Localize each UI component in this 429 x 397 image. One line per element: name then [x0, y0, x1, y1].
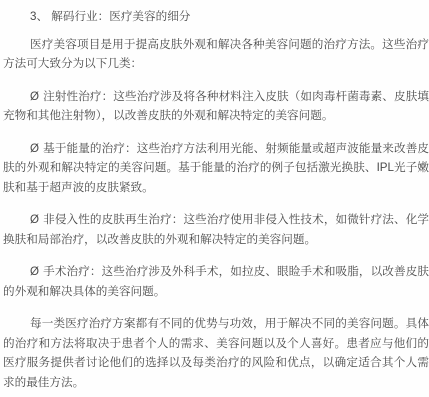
bullet-text: 手术治疗：这些治疗涉及外科手术，如拉皮、眼睑手术和吸脂，以改善皮肤的外观和解决具…	[3, 265, 429, 298]
bullet-marker: Ø	[30, 265, 39, 278]
bullet-item: Ø非侵入性的皮肤再生治疗：这些治疗使用非侵入性技术，如微针疗法、化学换肤和局部治…	[3, 210, 429, 249]
section-heading: 3、 解码行业：医疗美容的细分	[3, 7, 429, 27]
bullet-marker: Ø	[30, 142, 39, 155]
bullet-item: Ø手术治疗：这些治疗涉及外科手术，如拉皮、眼睑手术和吸脂，以改善皮肤的外观和解决…	[3, 262, 429, 301]
document-page: 3、 解码行业：医疗美容的细分 医疗美容项目是用于提高皮肤外观和解决各种美容问题…	[0, 0, 429, 397]
bullet-marker: Ø	[30, 213, 39, 226]
bullet-text: 非侵入性的皮肤再生治疗：这些治疗使用非侵入性技术，如微针疗法、化学换肤和局部治疗…	[3, 213, 429, 246]
closing-paragraph: 每一类医疗治疗方案都有不同的优势与功效，用于解决不同的美容问题。具体的治疗和方法…	[3, 314, 429, 392]
intro-paragraph: 医疗美容项目是用于提高皮肤外观和解决各种美容问题的治疗方法。这些治疗方法可大致分…	[3, 35, 429, 74]
bullet-text: 注射性治疗：这些治疗涉及将各种材料注入皮肤（如肉毒杆菌毒素、皮肤填充物和其他注射…	[3, 90, 429, 123]
bullet-item: Ø注射性治疗：这些治疗涉及将各种材料注入皮肤（如肉毒杆菌毒素、皮肤填充物和其他注…	[3, 87, 429, 126]
bullet-marker: Ø	[30, 90, 39, 103]
bullet-item: Ø基于能量的治疗：这些治疗方法利用光能、射频能量或超声波能量来改善皮肤的外观和解…	[3, 139, 429, 198]
bullet-text: 基于能量的治疗：这些治疗方法利用光能、射频能量或超声波能量来改善皮肤的外观和解决…	[3, 142, 429, 194]
